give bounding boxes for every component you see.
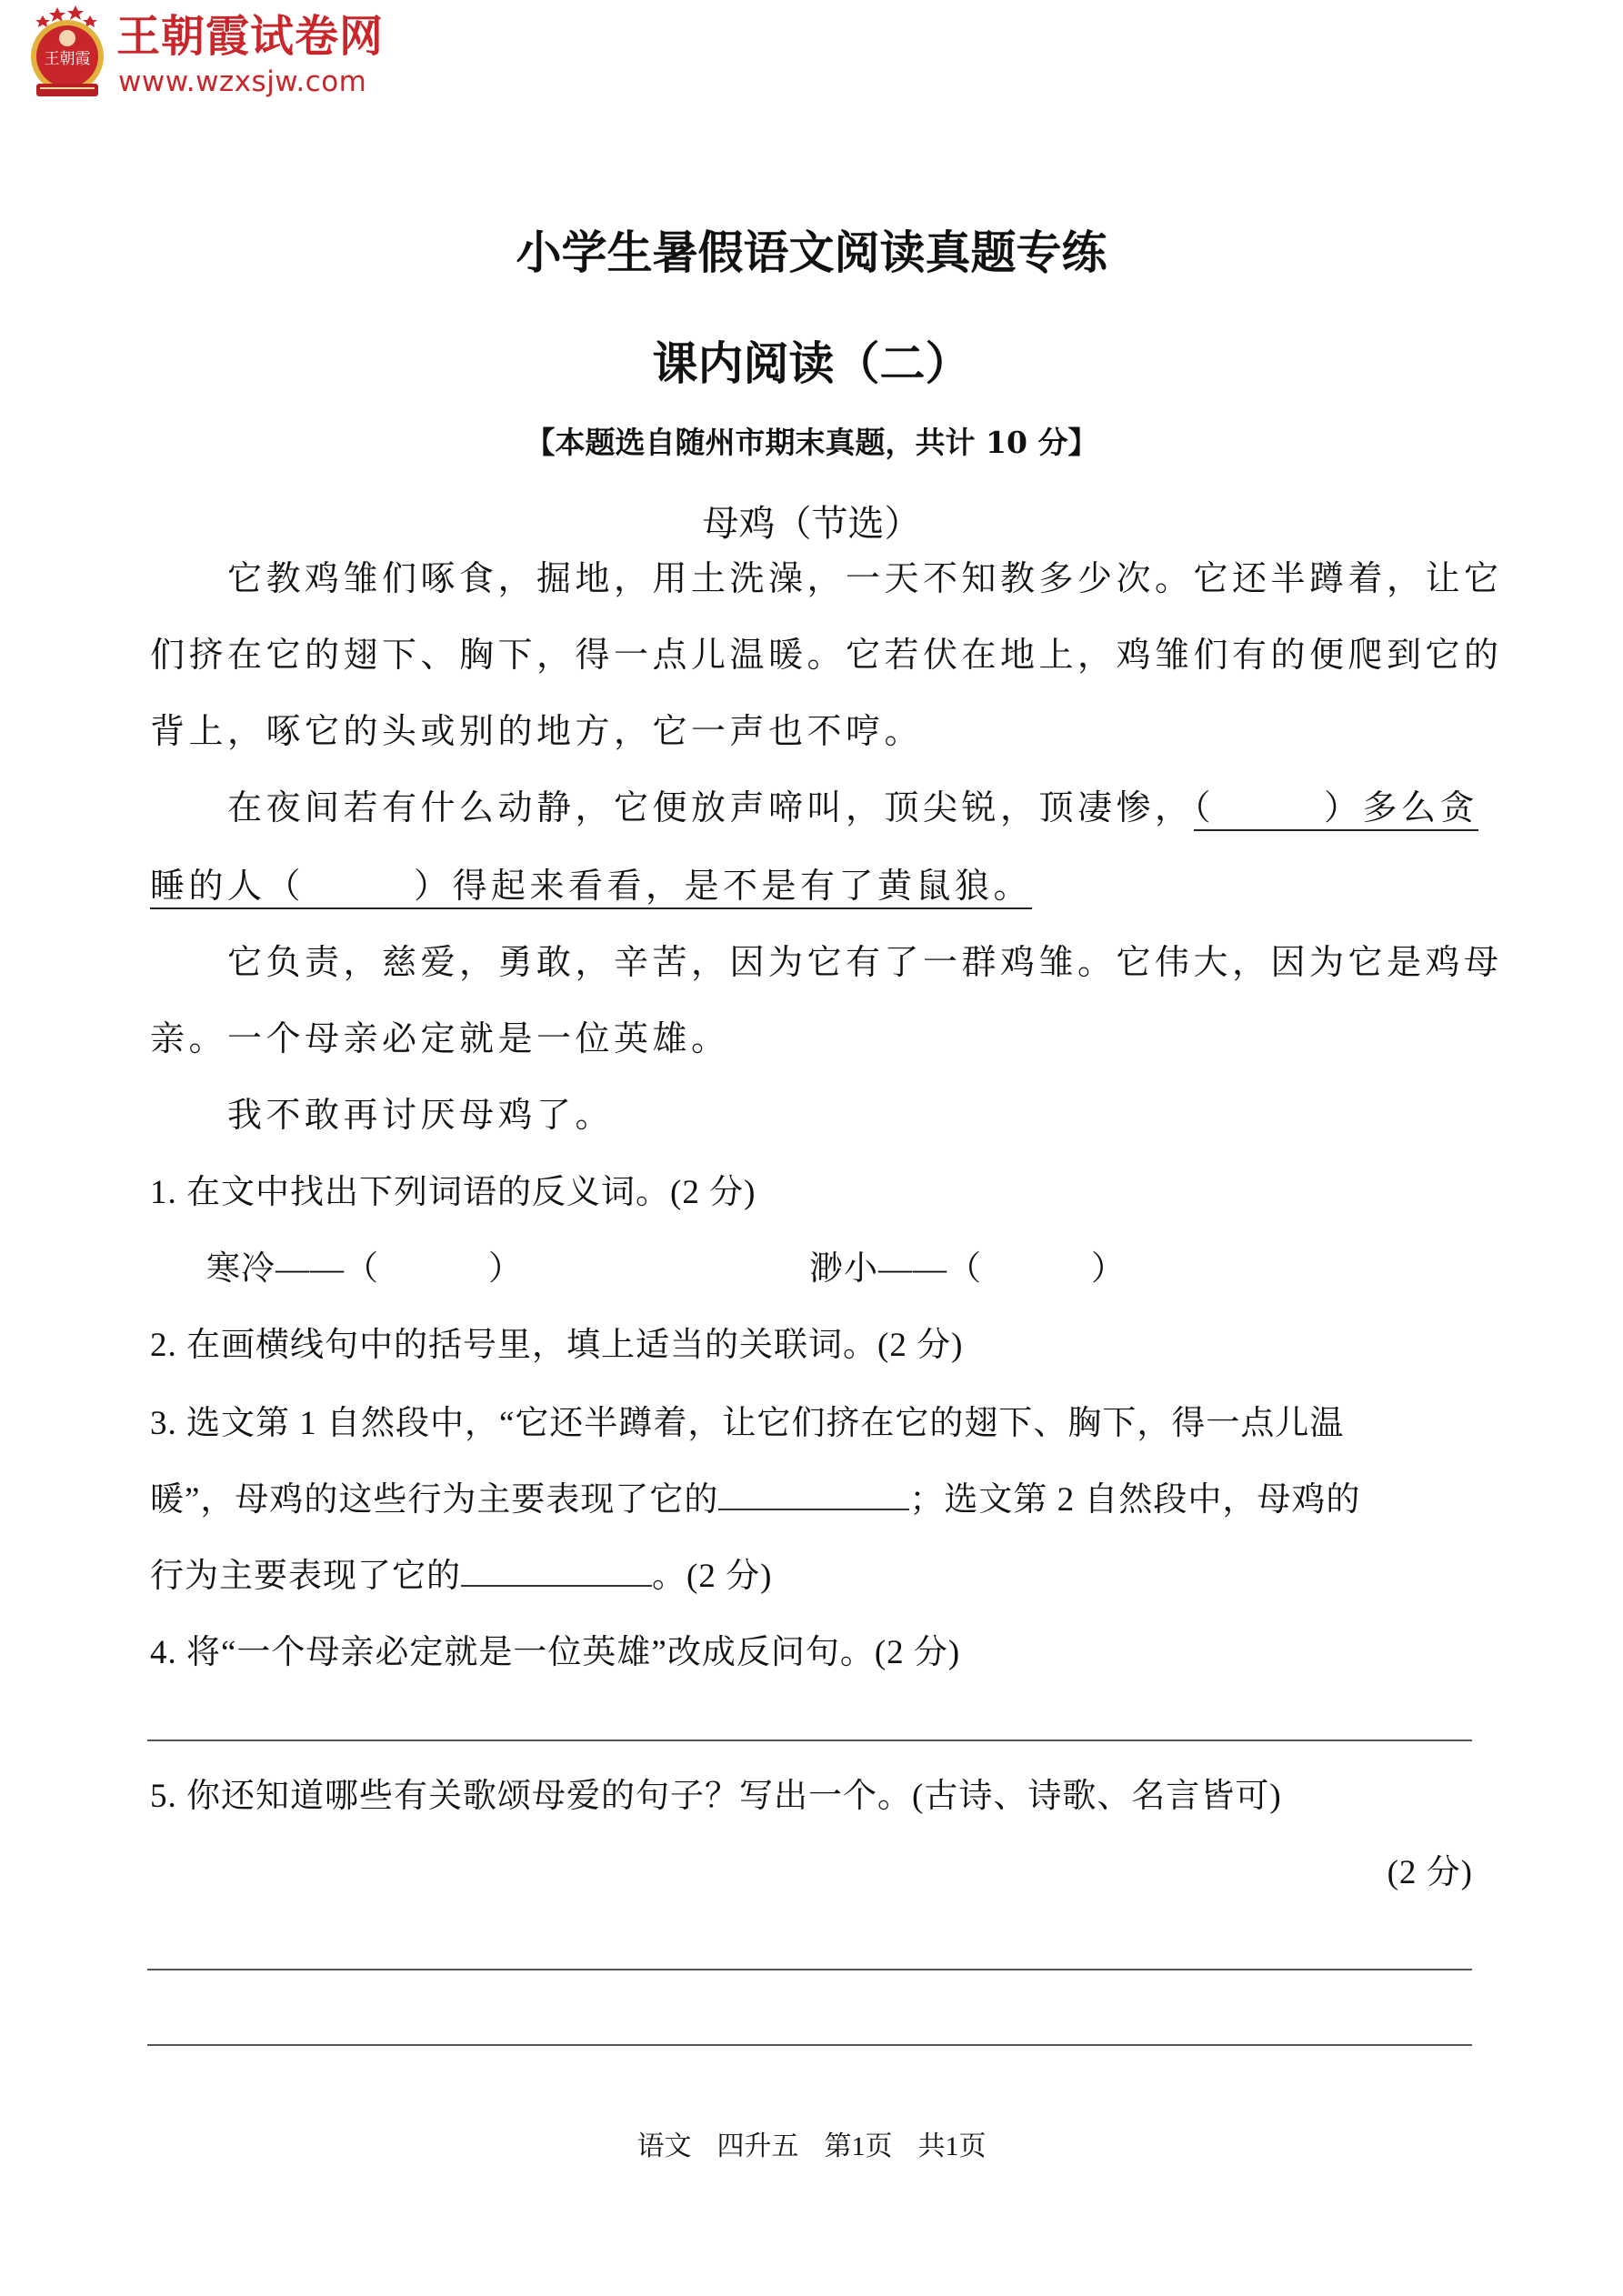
q5-points: (2 分) <box>150 1846 1473 1900</box>
footer-total-pages: 共1页 <box>918 2131 987 2161</box>
question-5: 5. 你还知道哪些有关歌颂母爱的句子？写出一个。(古诗、诗歌、名言皆可) <box>150 1770 1478 1824</box>
q3-answer-blank-2[interactable] <box>461 1554 652 1587</box>
footer-page-number: 第1页 <box>825 2131 893 2161</box>
q3-answer-blank-1[interactable] <box>718 1478 909 1510</box>
p2-underlined-part: （）多么贪 <box>1194 787 1479 831</box>
passage-p3-line1: 它负责，慈爱，勇敢，辛苦，因为它有了一群鸡雏。它伟大，因为它是鸡母 <box>227 935 1478 989</box>
svg-text:王朝霞: 王朝霞 <box>45 50 91 68</box>
q3-line2-text-a: 暖”，母鸡的这些行为主要表现了它的 <box>150 1481 718 1519</box>
passage-p1-line1: 它教鸡雏们啄食，掘地，用土洗澡，一天不知教多少次。它还半蹲着，让它 <box>227 551 1478 606</box>
q3-line3-text-b: 。(2 分) <box>652 1558 772 1595</box>
q5-answer-line-1[interactable] <box>147 1969 1472 1970</box>
question-3-line2: 暖”，母鸡的这些行为主要表现了它的；选文第 2 自然段中，母鸡的 <box>150 1473 1478 1528</box>
logo-badge: 王朝霞 <box>27 5 107 100</box>
q1-item-2: 渺小——（） <box>809 1242 1126 1297</box>
passage-title: 母鸡（节选） <box>0 495 1623 553</box>
question-4: 4. 将“一个母亲必定就是一位英雄”改成反问句。(2 分) <box>150 1626 1478 1680</box>
document-subtitle: 课内阅读（二） <box>0 329 1623 398</box>
passage-p3-line2: 亲。一个母亲必定就是一位英雄。 <box>150 1011 1478 1066</box>
q4-answer-line[interactable] <box>147 1740 1472 1741</box>
q3-line2-text-b: ；选文第 2 自然段中，母鸡的 <box>909 1481 1360 1519</box>
passage-p1-line3: 背上，啄它的头或别的地方，它一声也不哼。 <box>150 704 1478 758</box>
question-3-line1: 3. 选文第 1 自然段中，“它还半蹲着，让它们挤在它的翅下、胸下，得一点儿温 <box>150 1397 1478 1451</box>
p2-plain-text: 在夜间若有什么动静，它便放声啼叫，顶尖锐，顶凄惨， <box>227 787 1194 827</box>
brand-name: 王朝霞试卷网 <box>116 11 384 62</box>
q1-item1-label: 寒冷——（ <box>206 1250 379 1288</box>
footer-subject: 语文 <box>637 2131 692 2161</box>
footer-grade: 四升五 <box>717 2131 799 2161</box>
passage-p4-line1: 我不敢再讨厌母鸡了。 <box>227 1088 1478 1142</box>
question-2: 2. 在画横线句中的括号里，填上适当的关联词。(2 分) <box>150 1318 1478 1373</box>
p2-line2-text-a: 睡的人（ <box>150 866 305 906</box>
brand-url: www.wzxsjw.com <box>118 65 366 98</box>
passage-p1-line2: 们挤在它的翅下、胸下，得一点儿温暖。它若伏在地上，鸡雏们有的便爬到它的 <box>150 627 1478 682</box>
passage-p2-line1: 在夜间若有什么动静，它便放声啼叫，顶尖锐，顶凄惨，（）多么贪 <box>227 780 1478 835</box>
q1-item2-label: 渺小——（ <box>809 1250 982 1288</box>
question-3-line3: 行为主要表现了它的。(2 分) <box>150 1549 1478 1604</box>
source-note: 【本题选自随州市期末真题，共计 10 分】 <box>0 420 1623 466</box>
page-footer: 语文四升五第1页共1页 <box>0 2124 1623 2170</box>
q5-answer-line-2[interactable] <box>147 2044 1472 2046</box>
q3-line3-text-a: 行为主要表现了它的 <box>150 1558 461 1595</box>
p2-underlined-part-2: 睡的人（）得起来看看，是不是有了黄鼠狼。 <box>150 866 1032 909</box>
open-paren: （ <box>1194 787 1216 827</box>
p2-underlined-text: ）多么贪 <box>1324 787 1478 827</box>
p2-line2-text-b: ）得起来看看，是不是有了黄鼠狼。 <box>414 866 1032 906</box>
passage-p2-line2: 睡的人（）得起来看看，是不是有了黄鼠狼。 <box>150 858 1478 913</box>
logo-badge-icon: 王朝霞 <box>27 5 107 100</box>
close-paren: ） <box>488 1250 523 1288</box>
question-1: 1. 在文中找出下列词语的反义词。(2 分) <box>150 1166 1478 1220</box>
q1-item-1: 寒冷——（） <box>206 1242 523 1297</box>
close-paren: ） <box>1091 1250 1126 1288</box>
document-title: 小学生暑假语文阅读真题专练 <box>0 218 1623 287</box>
